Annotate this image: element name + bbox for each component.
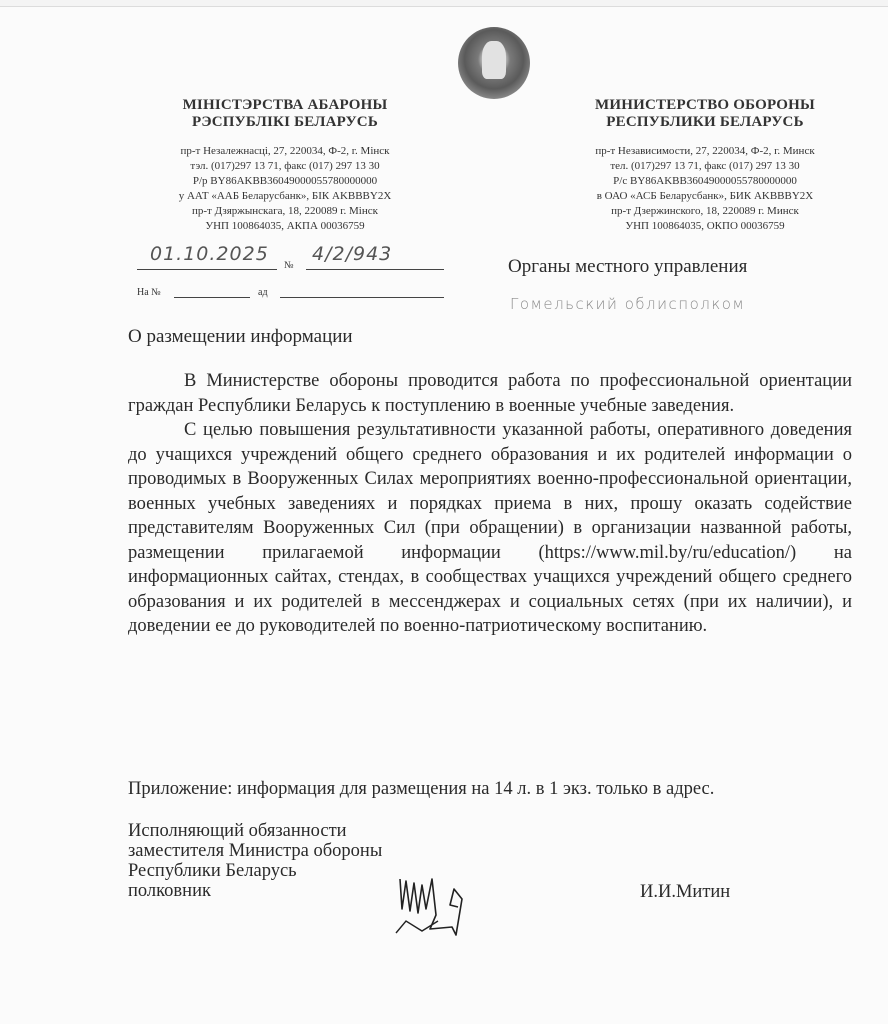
letter-page: МІНІСТЭРСТВА АБАРОНЫ РЭСПУБЛІКІ БЕЛАРУСЬ… [0, 6, 888, 1024]
org-name-ru: МИНИСТЕРСТВО ОБОРОНЫ РЕСПУБЛИКИ БЕЛАРУСЬ [540, 97, 870, 131]
letterhead-russian: МИНИСТЕРСТВО ОБОРОНЫ РЕСПУБЛИКИ БЕЛАРУСЬ… [540, 97, 870, 234]
signatory-name: И.И.Митин [640, 882, 730, 903]
addressee-handwritten: Гомельский облисполком [510, 295, 745, 313]
letterhead-belarusian: МІНІСТЭРСТВА АБАРОНЫ РЭСПУБЛІКІ БЕЛАРУСЬ… [140, 97, 430, 234]
reply-number-label: На № [137, 287, 161, 298]
handwritten-signature-icon [392, 869, 472, 939]
reply-number-line [174, 297, 250, 298]
org-name-be: МІНІСТЭРСТВА АБАРОНЫ РЭСПУБЛІКІ БЕЛАРУСЬ [140, 97, 430, 131]
addressee: Органы местного управления [508, 256, 747, 278]
bank-line: у ААТ «ААБ Беларусбанк», БІК AKBBBY2X [140, 189, 430, 204]
signatory-title: Исполняющий обязанности заместителя Мини… [128, 821, 382, 901]
registration-number: 4/2/943 [312, 243, 392, 265]
reply-from-label: ад [258, 287, 268, 298]
appendix-note: Приложение: информация для размещения на… [128, 779, 714, 800]
account-line: Р/с BY86AKBB36049000055780000000 [540, 174, 870, 189]
bank-address-line: пр-т Дзержинского, 18, 220089 г. Минск [540, 204, 870, 219]
coat-of-arms-icon [458, 27, 530, 99]
letter-subject: О размещении информации [128, 326, 353, 348]
date-field-line [137, 269, 277, 270]
paragraph: В Министерстве обороны проводится работа… [128, 369, 852, 418]
address-line: пр-т Незалежнасці, 27, 220034, Ф-2, г. М… [140, 144, 430, 159]
tax-id-line: УНП 100864035, ОКПО 00036759 [540, 219, 870, 234]
tax-id-line: УНП 100864035, АКПА 00036759 [140, 219, 430, 234]
bank-address-line: пр-т Дзяржынскага, 18, 220089 г. Мінск [140, 204, 430, 219]
number-field-line [306, 269, 444, 270]
phone-line: тел. (017)297 13 71, факс (017) 297 13 3… [540, 159, 870, 174]
letter-body: В Министерстве обороны проводится работа… [128, 369, 852, 639]
address-line: пр-т Независимости, 27, 220034, Ф-2, г. … [540, 144, 870, 159]
bank-line: в ОАО «АСБ Беларусбанк», БИК AKBBBY2X [540, 189, 870, 204]
paragraph: С целью повышения результативности указа… [128, 418, 852, 639]
reply-from-line [280, 297, 444, 298]
number-label: № [284, 260, 294, 271]
registration-date: 01.10.2025 [150, 243, 269, 265]
account-line: Р/р BY86AKBB36049000055780000000 [140, 174, 430, 189]
phone-line: тэл. (017)297 13 71, факс (017) 297 13 3… [140, 159, 430, 174]
